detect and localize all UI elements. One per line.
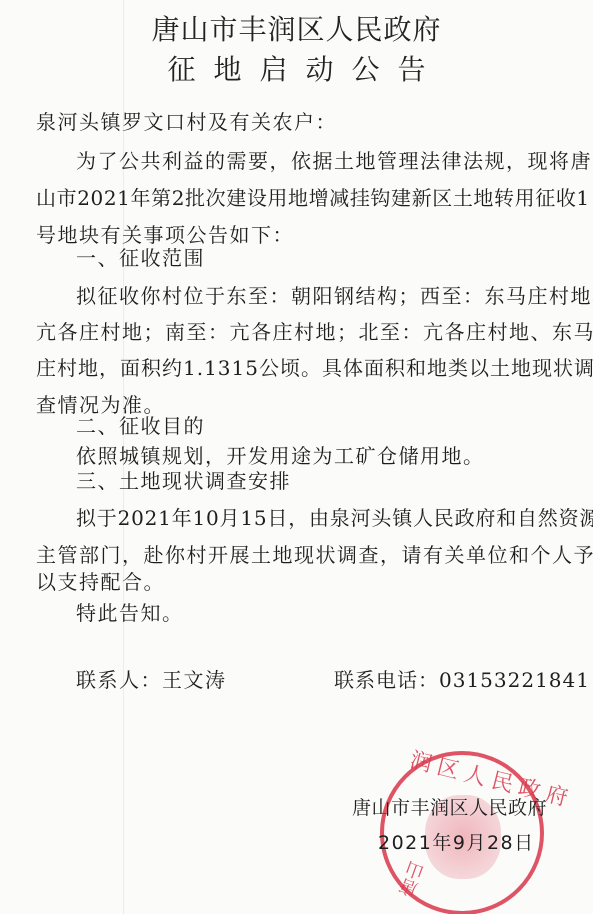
signature-date: 2021年9月28日 bbox=[378, 828, 535, 855]
section-line: 亢各庄村地；南至：亢各庄村地；北至：亢各庄村地、东马 bbox=[36, 316, 593, 345]
signature-org: 唐山市丰润区人民政府 bbox=[352, 793, 547, 820]
salutation: 泉河头镇罗文口村及有关农户： bbox=[36, 106, 337, 135]
intro-line: 为了公共利益的需要，依据土地管理法律法规，现将唐 bbox=[76, 145, 592, 174]
section-line: 拟于2021年10月15日，由泉河头镇人民政府和自然资源 bbox=[76, 502, 593, 531]
closing: 特此告知。 bbox=[76, 597, 184, 626]
section-line: 主管部门，赴你村开展土地现状调查，请有关单位和个人予 bbox=[36, 539, 593, 568]
document-title-subject: 征地启动公告 bbox=[0, 48, 593, 88]
document-title-issuer: 唐山市丰润区人民政府 bbox=[0, 8, 593, 48]
section-heading-survey: 三、土地现状调查安排 bbox=[76, 465, 291, 494]
contact-phone: 联系电话：03153221841 bbox=[334, 664, 590, 693]
section-line: 庄村地，面积约1.1315公顷。具体面积和地类以土地现状调 bbox=[36, 352, 593, 381]
contact-person: 联系人：王文涛 bbox=[76, 664, 227, 693]
section-heading-scope: 一、征收范围 bbox=[76, 242, 205, 271]
intro-line: 山市2021年第2批次建设用地增减挂钩建新区土地转用征收1 bbox=[36, 182, 590, 211]
section-line: 拟征收你村位于东至：朝阳钢结构；西至：东马庄村地、 bbox=[76, 280, 593, 309]
section-line: 以支持配合。 bbox=[36, 566, 165, 595]
section-heading-purpose: 二、征收目的 bbox=[76, 410, 205, 439]
